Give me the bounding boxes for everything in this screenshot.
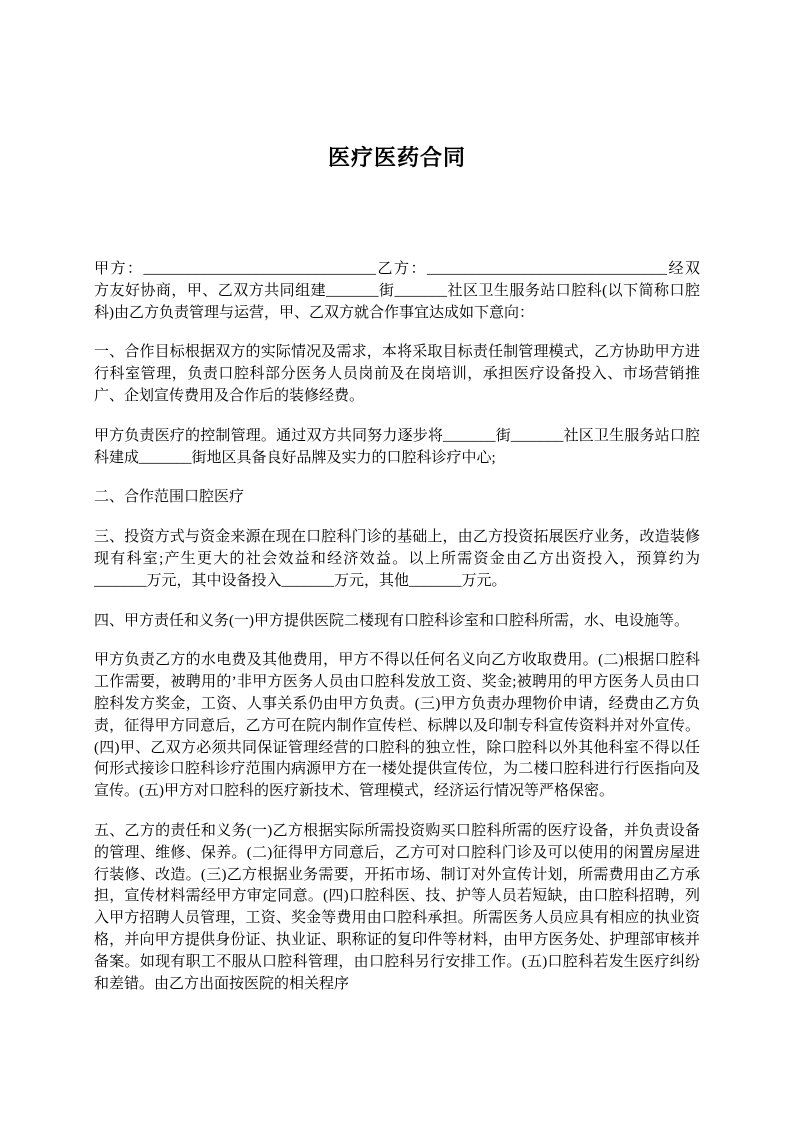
paragraph-partyA-duties-detail: 甲方负责乙方的水电费及其他费用，甲方不得以任何名义向乙方收取费用。(二)根据口腔… <box>94 650 700 803</box>
paragraph-partyA-medical-control: 甲方负责医疗的控制管理。通过双方共同努力逐步将_______街_______社区… <box>94 426 700 470</box>
paragraph-section4-partyA-duties: 四、甲方责任和义务(一)甲方提供医院二楼现有口腔科诊室和口腔科所需，水、电设施等… <box>94 611 700 633</box>
paragraph-section1-cooperation-goals: 一、合作目标根据双方的实际情况及需求，本将采取目标责任制管理模式，乙方协助甲方进… <box>94 342 700 407</box>
paragraph-parties: 甲方：_______________________________乙方：___… <box>94 259 700 324</box>
paragraph-section5-partyB-duties: 五、乙方的责任和义务(一)乙方根据实际所需投资购买口腔科所需的医疗设备，并负责设… <box>94 821 700 995</box>
paragraph-section2-cooperation-scope: 二、合作范围口腔医疗 <box>94 487 700 509</box>
document-title: 医疗医药合同 <box>94 143 700 173</box>
contract-page: 医疗医药合同 甲方：______________________________… <box>0 0 793 1122</box>
paragraph-section3-investment-funding: 三、投资方式与资金来源在现在口腔科门诊的基础上，由乙方投资拓展医疗业务，改造装修… <box>94 527 700 592</box>
